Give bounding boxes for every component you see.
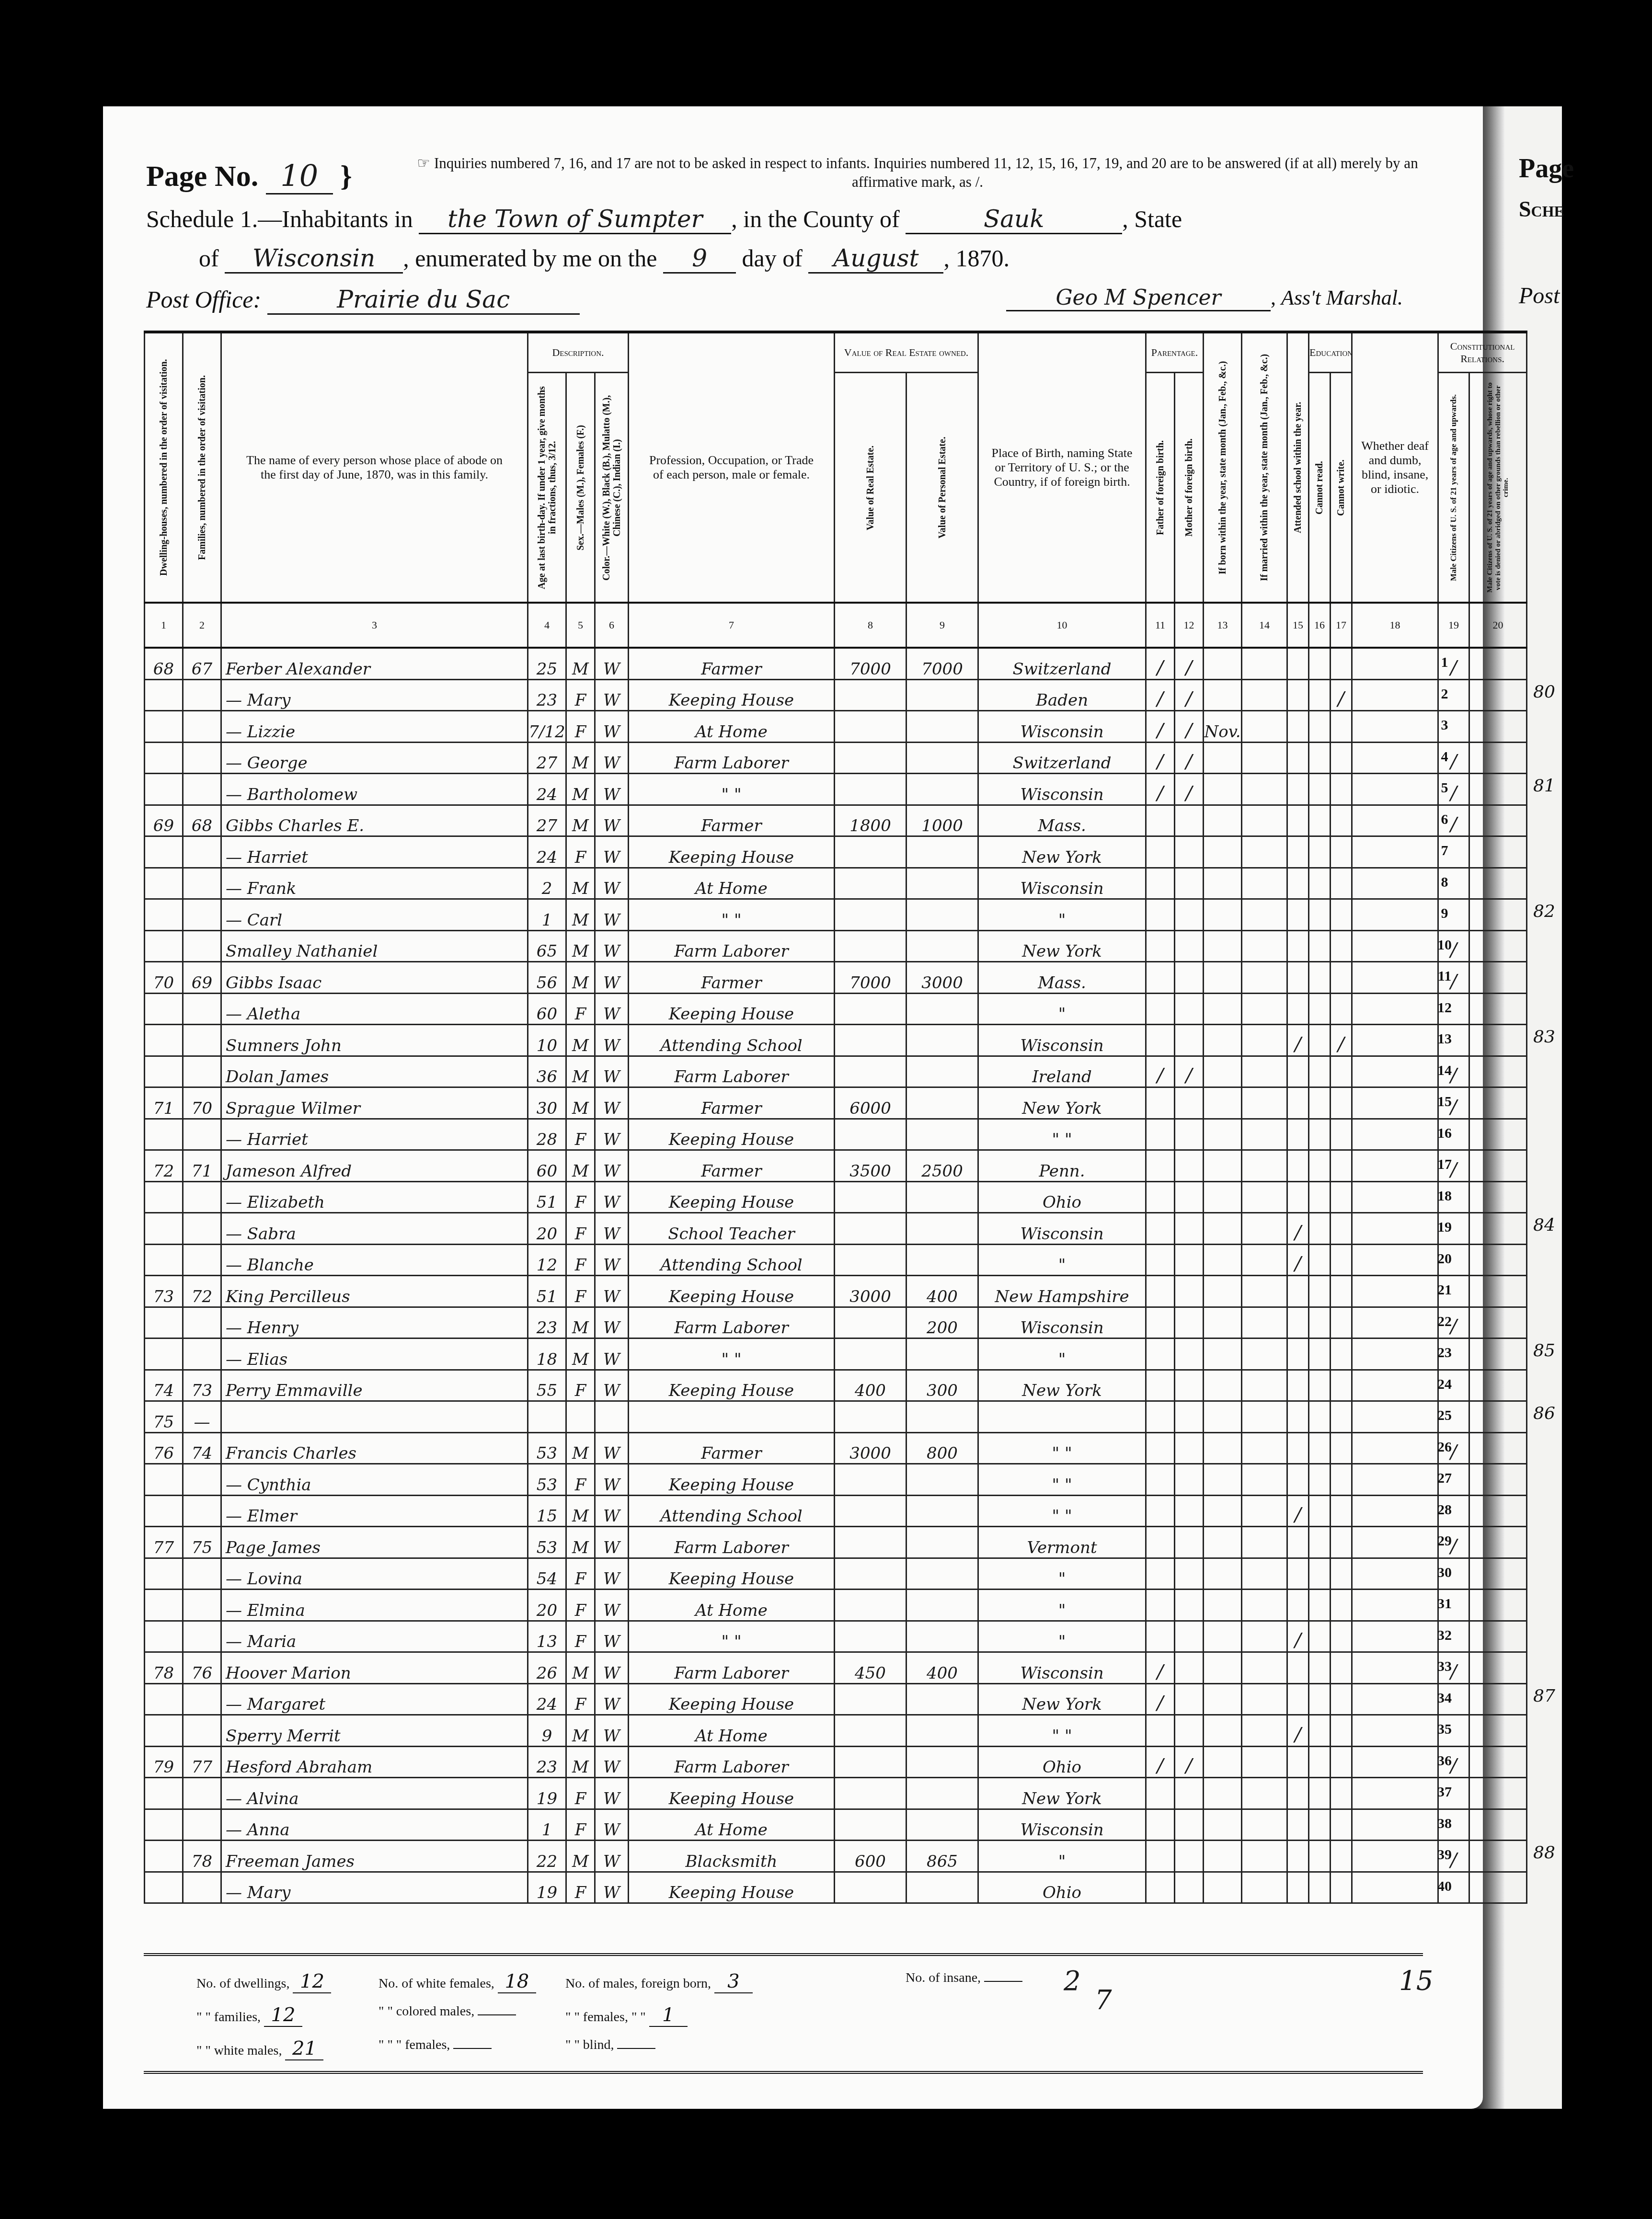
cell-cannot-read [1309, 1715, 1331, 1747]
col-10-header: Place of Birth, naming State or Territor… [978, 332, 1146, 603]
cell-born-month [1204, 1652, 1242, 1684]
table-row: 7775Page James53MWFarm LaborerVermont/ [145, 1527, 1527, 1558]
summary-dwellings: No. of dwellings, 12 [196, 1970, 331, 1993]
cell-married-month [1242, 1621, 1287, 1652]
cell-birthplace: " " [978, 1495, 1146, 1527]
cell-real [835, 711, 906, 743]
cell-age: 25 [528, 648, 566, 679]
cell-color: W [595, 899, 629, 931]
cell-age: 7/12 [528, 711, 566, 743]
cell-personal [906, 1338, 978, 1370]
cell-born-month [1204, 962, 1242, 994]
cell-school [1287, 742, 1309, 774]
line-number: 1 [1433, 654, 1457, 671]
column-number-row: 12 34 56 78 910 1112 1314 1516 1718 1920 [145, 603, 1527, 648]
cell-real [835, 679, 906, 711]
cell-dwelling: 79 [145, 1746, 183, 1778]
cell-color: W [595, 1464, 629, 1496]
cell-dwelling [145, 1495, 183, 1527]
cell-born-month [1204, 1558, 1242, 1590]
cell-name: Francis Charles [221, 1432, 528, 1464]
cell-real: 3000 [835, 1432, 906, 1464]
cell-school [1287, 1432, 1309, 1464]
cell-occupation: Attending School [629, 1495, 835, 1527]
cell-mother-foreign: / [1175, 742, 1204, 774]
cell-denied [1469, 868, 1527, 899]
cell-occupation: Keeping House [629, 1778, 835, 1809]
cell-sex [566, 1401, 595, 1433]
line-number: 2 [1433, 686, 1457, 702]
cell-occupation: Keeping House [629, 1119, 835, 1150]
cell-occupation: Farm Laborer [629, 930, 835, 962]
cell-dwelling: 76 [145, 1432, 183, 1464]
cell-color: W [595, 1652, 629, 1684]
cell-real: 400 [835, 1370, 906, 1401]
line-number: 10 [1433, 937, 1457, 953]
cell-color: W [595, 1809, 629, 1841]
cell-married-month [1242, 1746, 1287, 1778]
cell-name: Gibbs Isaac [221, 962, 528, 994]
cell-occupation [629, 1401, 835, 1433]
table-row: 7372King Percilleus51FWKeeping House3000… [145, 1276, 1527, 1307]
table-row: — Henry23MWFarm Laborer200Wisconsin/ [145, 1307, 1527, 1338]
cell-dwelling: 75 [145, 1401, 183, 1433]
cell-color: W [595, 1715, 629, 1747]
cell-denied [1469, 1276, 1527, 1307]
cell-cannot-write [1331, 930, 1352, 962]
cell-dwelling [145, 993, 183, 1025]
cell-name: — Aletha [221, 993, 528, 1025]
cell-born-month [1204, 1495, 1242, 1527]
cell-father-foreign [1146, 1841, 1175, 1872]
cell-name: — Margaret [221, 1683, 528, 1715]
table-row: 7473Perry Emmaville55FWKeeping House4003… [145, 1370, 1527, 1401]
cell-school: / [1287, 1244, 1309, 1276]
cell-personal [906, 1056, 978, 1087]
table-row: — Elizabeth51FWKeeping HouseOhio [145, 1181, 1527, 1213]
cell-born-month [1204, 1181, 1242, 1213]
cell-cannot-read [1309, 1778, 1331, 1809]
cell-born-month [1204, 679, 1242, 711]
cell-real [835, 742, 906, 774]
cell-cannot-write [1331, 648, 1352, 679]
table-row: 7977Hesford Abraham23MWFarm LaborerOhio/… [145, 1746, 1527, 1778]
cell-name: — Sabra [221, 1213, 528, 1245]
cell-cannot-write [1331, 1746, 1352, 1778]
cell-father-foreign [1146, 1401, 1175, 1433]
cell-cannot-write [1331, 1056, 1352, 1087]
cell-occupation: Farm Laborer [629, 1527, 835, 1558]
cell-age: 1 [528, 899, 566, 931]
col-2-header: Families, numbered in the order of visit… [197, 343, 207, 592]
cell-sex: F [566, 836, 595, 868]
cell-married-month [1242, 1590, 1287, 1621]
table-row: 7876Hoover Marion26MWFarm Laborer450400W… [145, 1652, 1527, 1684]
cell-family: 73 [183, 1370, 221, 1401]
cell-name: — Lizzie [221, 711, 528, 743]
cell-father-foreign [1146, 1558, 1175, 1590]
cell-age: 15 [528, 1495, 566, 1527]
cell-born-month [1204, 805, 1242, 836]
cell-father-foreign [1146, 1213, 1175, 1245]
col-16-header: Cannot read. [1314, 382, 1325, 593]
cell-married-month [1242, 1338, 1287, 1370]
cell-denied [1469, 1119, 1527, 1150]
cell-cannot-read [1309, 1558, 1331, 1590]
next-page-post-fragment: Post [1519, 283, 1560, 309]
cell-cannot-write [1331, 1213, 1352, 1245]
cell-personal [906, 711, 978, 743]
cell-sex: M [566, 1495, 595, 1527]
cell-age: 60 [528, 993, 566, 1025]
cell-birthplace: Mass. [978, 962, 1146, 994]
cell-personal [906, 899, 978, 931]
cell-birthplace: Switzerland [978, 648, 1146, 679]
cell-cannot-write [1331, 1621, 1352, 1652]
cell-married-month [1242, 1119, 1287, 1150]
cell-personal [906, 774, 978, 805]
cell-disability [1352, 1841, 1438, 1872]
cell-sex: F [566, 1370, 595, 1401]
cell-married-month [1242, 1464, 1287, 1496]
cell-sex: M [566, 1056, 595, 1087]
cell-family [183, 1307, 221, 1338]
cell-real: 3500 [835, 1150, 906, 1182]
cell-dwelling [145, 1809, 183, 1841]
cell-denied [1469, 1558, 1527, 1590]
cell-cannot-write [1331, 1181, 1352, 1213]
cell-disability [1352, 993, 1438, 1025]
cell-real [835, 993, 906, 1025]
cell-father-foreign [1146, 1307, 1175, 1338]
cell-disability [1352, 1652, 1438, 1684]
cell-sex: M [566, 648, 595, 679]
cell-occupation: Keeping House [629, 1181, 835, 1213]
cell-color: W [595, 1056, 629, 1087]
line-number: 22 [1433, 1314, 1457, 1330]
cell-dwelling [145, 1841, 183, 1872]
cell-denied [1469, 1652, 1527, 1684]
schedule-line: Schedule 1.—Inhabitants in the Town of S… [146, 205, 1182, 234]
col-17-header: Cannot write. [1336, 382, 1346, 593]
cell-born-month [1204, 1307, 1242, 1338]
cell-cannot-write [1331, 1809, 1352, 1841]
cell-family: 67 [183, 648, 221, 679]
cell-school [1287, 1087, 1309, 1119]
cell-cannot-write [1331, 1276, 1352, 1307]
cell-school [1287, 1338, 1309, 1370]
cell-mother-foreign [1175, 1621, 1204, 1652]
cell-family [183, 1213, 221, 1245]
cell-disability [1352, 1778, 1438, 1809]
cell-father-foreign: / [1146, 774, 1175, 805]
cell-disability [1352, 1025, 1438, 1056]
cell-married-month [1242, 1432, 1287, 1464]
table-row: — Sabra20FWSchool TeacherWisconsin/ [145, 1213, 1527, 1245]
col-7-header: Profession, Occupation, or Trade of each… [629, 332, 835, 603]
cell-father-foreign: / [1146, 1683, 1175, 1715]
cell-denied [1469, 1809, 1527, 1841]
table-row: 7170Sprague Wilmer30MWFarmer6000New York… [145, 1087, 1527, 1119]
cell-dwelling [145, 1464, 183, 1496]
cell-age: 54 [528, 1558, 566, 1590]
cell-name: — Elizabeth [221, 1181, 528, 1213]
table-row: — Lizzie7/12FWAt HomeWisconsin//Nov. [145, 711, 1527, 743]
cell-mother-foreign [1175, 868, 1204, 899]
summary-families: " " families, 12 [196, 2004, 302, 2027]
cell-family: 71 [183, 1150, 221, 1182]
cell-disability [1352, 774, 1438, 805]
cell-cannot-read [1309, 1746, 1331, 1778]
cell-cannot-read [1309, 1590, 1331, 1621]
cell-disability [1352, 930, 1438, 962]
cell-disability [1352, 1872, 1438, 1903]
cell-married-month [1242, 1307, 1287, 1338]
cell-father-foreign [1146, 1778, 1175, 1809]
cell-occupation: At Home [629, 711, 835, 743]
line-number: 9 [1433, 905, 1457, 922]
cell-cannot-write [1331, 774, 1352, 805]
cell-color: W [595, 1307, 629, 1338]
cell-sex: M [566, 1338, 595, 1370]
cell-born-month [1204, 1778, 1242, 1809]
cell-born-month [1204, 1746, 1242, 1778]
cell-dwelling [145, 1025, 183, 1056]
line-number: 39 [1433, 1847, 1457, 1863]
cell-school [1287, 1181, 1309, 1213]
cell-mother-foreign [1175, 1119, 1204, 1150]
line-number: 16 [1433, 1125, 1457, 1142]
cell-real [835, 1213, 906, 1245]
table-row: — Alvina19FWKeeping HouseNew York [145, 1778, 1527, 1809]
cell-cannot-write [1331, 1841, 1352, 1872]
cell-occupation: Keeping House [629, 1276, 835, 1307]
cell-age: 53 [528, 1464, 566, 1496]
cell-dwelling [145, 1558, 183, 1590]
cell-birthplace: " " [978, 1464, 1146, 1496]
cell-age: 53 [528, 1527, 566, 1558]
cell-occupation: Farm Laborer [629, 1746, 835, 1778]
table-row: 6867Ferber Alexander25MWFarmer70007000Sw… [145, 648, 1527, 679]
cell-cannot-read [1309, 1119, 1331, 1150]
table-row: — Aletha60FWKeeping House" [145, 993, 1527, 1025]
table-row: 75— [145, 1401, 1527, 1433]
cell-dwelling [145, 836, 183, 868]
cell-cannot-read [1309, 1841, 1331, 1872]
cell-color: W [595, 993, 629, 1025]
cell-occupation: Keeping House [629, 993, 835, 1025]
cell-occupation: Attending School [629, 1025, 835, 1056]
cell-father-foreign: / [1146, 1746, 1175, 1778]
cell-family [183, 1495, 221, 1527]
cell-mother-foreign [1175, 1652, 1204, 1684]
cell-personal [906, 1683, 978, 1715]
cell-birthplace: Ohio [978, 1872, 1146, 1903]
cell-personal: 400 [906, 1276, 978, 1307]
cell-born-month [1204, 868, 1242, 899]
cell-real [835, 1244, 906, 1276]
cell-married-month [1242, 1683, 1287, 1715]
cell-cannot-write: / [1331, 1025, 1352, 1056]
cell-cannot-write [1331, 1652, 1352, 1684]
cell-age: 20 [528, 1590, 566, 1621]
cell-disability [1352, 1621, 1438, 1652]
cell-denied [1469, 805, 1527, 836]
cell-color: W [595, 742, 629, 774]
cell-school [1287, 836, 1309, 868]
cell-cannot-read [1309, 836, 1331, 868]
cell-father-foreign [1146, 1621, 1175, 1652]
cell-age: 18 [528, 1338, 566, 1370]
cell-mother-foreign [1175, 1025, 1204, 1056]
cell-dwelling [145, 930, 183, 962]
cell-personal: 1000 [906, 805, 978, 836]
cell-cannot-write [1331, 1401, 1352, 1433]
cell-birthplace: New York [978, 1370, 1146, 1401]
cell-name: King Percilleus [221, 1276, 528, 1307]
cell-cannot-read [1309, 930, 1331, 962]
table-row: — Maria13FW" ""/ [145, 1621, 1527, 1652]
cell-personal [906, 1590, 978, 1621]
cell-father-foreign [1146, 1464, 1175, 1496]
table-row: — Cynthia53FWKeeping House" " [145, 1464, 1527, 1496]
cell-occupation: Keeping House [629, 1464, 835, 1496]
cell-sex: M [566, 1087, 595, 1119]
cell-dwelling: 68 [145, 648, 183, 679]
cell-dwelling [145, 1778, 183, 1809]
cell-denied [1469, 1150, 1527, 1182]
cell-real: 1800 [835, 805, 906, 836]
cell-mother-foreign [1175, 1841, 1204, 1872]
cell-mother-foreign [1175, 805, 1204, 836]
cell-married-month [1242, 1087, 1287, 1119]
cell-cannot-read [1309, 899, 1331, 931]
cell-mother-foreign: / [1175, 1746, 1204, 1778]
cell-cannot-read [1309, 1244, 1331, 1276]
cell-denied [1469, 1872, 1527, 1903]
cell-dwelling [145, 1621, 183, 1652]
cell-personal [906, 930, 978, 962]
line-number: 29 [1433, 1533, 1457, 1549]
cell-personal: 2500 [906, 1150, 978, 1182]
cell-disability [1352, 1464, 1438, 1496]
cell-birthplace: New York [978, 930, 1146, 962]
cell-married-month [1242, 711, 1287, 743]
cell-age: 19 [528, 1778, 566, 1809]
summary-colored-males: " " colored males, [379, 2004, 516, 2019]
cell-name: — Maria [221, 1621, 528, 1652]
table-row: 7069Gibbs Isaac56MWFarmer70003000Mass./ [145, 962, 1527, 994]
cell-school [1287, 1056, 1309, 1087]
cell-cannot-read [1309, 962, 1331, 994]
cell-mother-foreign [1175, 1276, 1204, 1307]
cell-sex: M [566, 1150, 595, 1182]
cell-dwelling: 70 [145, 962, 183, 994]
cell-married-month [1242, 805, 1287, 836]
col-14-header: If married within the year, state month … [1259, 343, 1270, 592]
cell-school [1287, 1590, 1309, 1621]
cell-cannot-read [1309, 1150, 1331, 1182]
cell-married-month [1242, 1181, 1287, 1213]
cell-color: W [595, 1590, 629, 1621]
cell-personal [906, 1872, 978, 1903]
cell-cannot-read [1309, 1025, 1331, 1056]
cell-father-foreign [1146, 1809, 1175, 1841]
cell-color: W [595, 1872, 629, 1903]
cell-mother-foreign [1175, 1338, 1204, 1370]
line-number: 18 [1433, 1188, 1457, 1204]
cell-born-month [1204, 1276, 1242, 1307]
table-row: — Mary23FWKeeping HouseBaden/// [145, 679, 1527, 711]
cell-personal [906, 1181, 978, 1213]
line-number: 26 [1433, 1439, 1457, 1455]
cell-family [183, 1558, 221, 1590]
cell-birthplace: Switzerland [978, 742, 1146, 774]
cell-birthplace: " [978, 993, 1146, 1025]
cell-birthplace: Wisconsin [978, 1652, 1146, 1684]
cell-mother-foreign: / [1175, 679, 1204, 711]
table-row: — Elmer15MWAttending School" "/ [145, 1495, 1527, 1527]
cell-father-foreign [1146, 962, 1175, 994]
cell-born-month: Nov. [1204, 711, 1242, 743]
cell-personal [906, 1778, 978, 1809]
cell-age: 60 [528, 1150, 566, 1182]
cell-occupation: Blacksmith [629, 1841, 835, 1872]
cell-mother-foreign [1175, 1872, 1204, 1903]
place-field: the Town of Sumpter [419, 205, 731, 234]
table-row: Dolan James36MWFarm LaborerIreland/// [145, 1056, 1527, 1087]
cell-occupation: Farmer [629, 1150, 835, 1182]
cell-denied [1469, 1715, 1527, 1747]
cell-father-foreign: / [1146, 1056, 1175, 1087]
cell-denied [1469, 1307, 1527, 1338]
cell-father-foreign: / [1146, 1652, 1175, 1684]
cell-age: 36 [528, 1056, 566, 1087]
cell-birthplace: " [978, 1590, 1146, 1621]
cell-sex: F [566, 1621, 595, 1652]
cell-birthplace [978, 1401, 1146, 1433]
page-summary: No. of dwellings, 12 No. of white female… [144, 1953, 1423, 2074]
col-8-header: Value of Real Estate. [865, 382, 876, 593]
cell-birthplace: Mass. [978, 805, 1146, 836]
cell-school [1287, 1370, 1309, 1401]
cell-real [835, 1307, 906, 1338]
cell-birthplace: Ohio [978, 1181, 1146, 1213]
cell-sex: M [566, 1307, 595, 1338]
cell-personal: 800 [906, 1432, 978, 1464]
cell-real [835, 1746, 906, 1778]
cell-cannot-write [1331, 1087, 1352, 1119]
cell-school: / [1287, 1621, 1309, 1652]
cell-school [1287, 993, 1309, 1025]
cell-real [835, 899, 906, 931]
cell-birthplace: Wisconsin [978, 1213, 1146, 1245]
cell-cannot-write [1331, 1527, 1352, 1558]
cell-married-month [1242, 1841, 1287, 1872]
next-page-dwelling-value: 80 [1533, 682, 1555, 702]
cell-occupation: Keeping House [629, 1370, 835, 1401]
cell-family [183, 868, 221, 899]
cell-birthplace: New Hampshire [978, 1276, 1146, 1307]
cell-dwelling [145, 1872, 183, 1903]
cell-sex: M [566, 962, 595, 994]
cell-personal [906, 1621, 978, 1652]
cell-dwelling: 72 [145, 1150, 183, 1182]
cell-denied [1469, 742, 1527, 774]
cell-school [1287, 648, 1309, 679]
cell-age: 9 [528, 1715, 566, 1747]
cell-born-month [1204, 930, 1242, 962]
